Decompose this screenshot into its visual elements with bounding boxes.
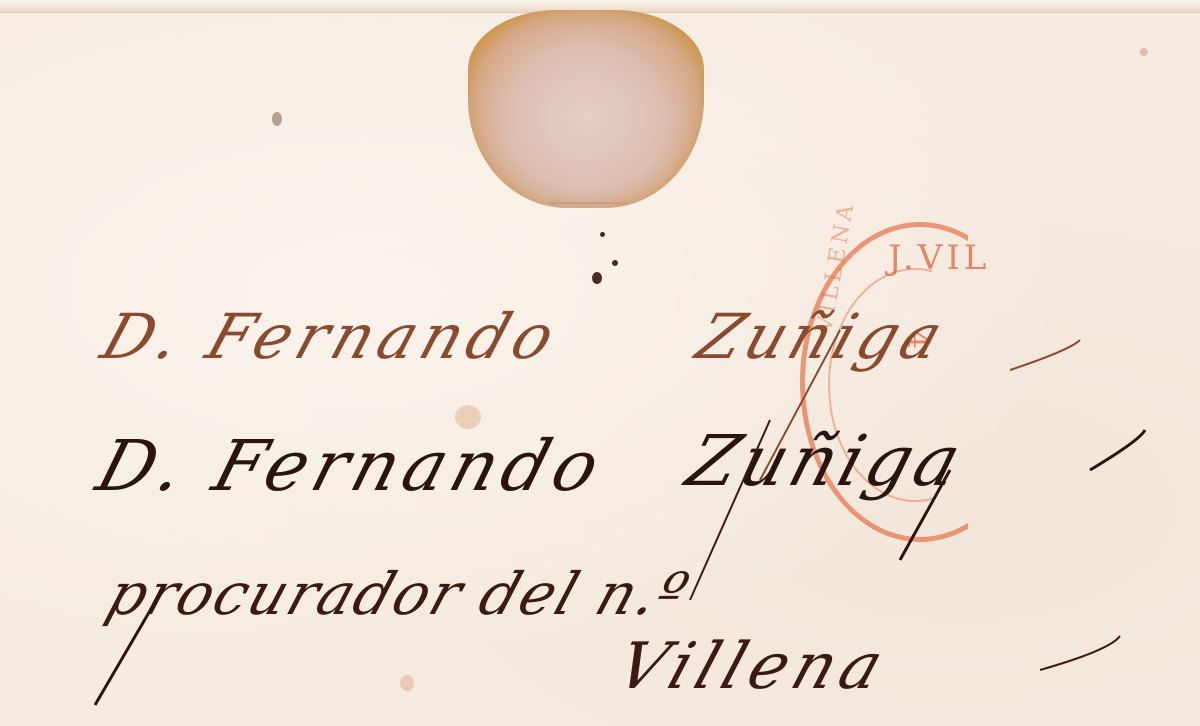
pen-flourish xyxy=(0,0,1200,726)
letter-cover: J.VIL 4 VILLENA D. Fernando Zuñiga D. Fe… xyxy=(0,0,1200,726)
